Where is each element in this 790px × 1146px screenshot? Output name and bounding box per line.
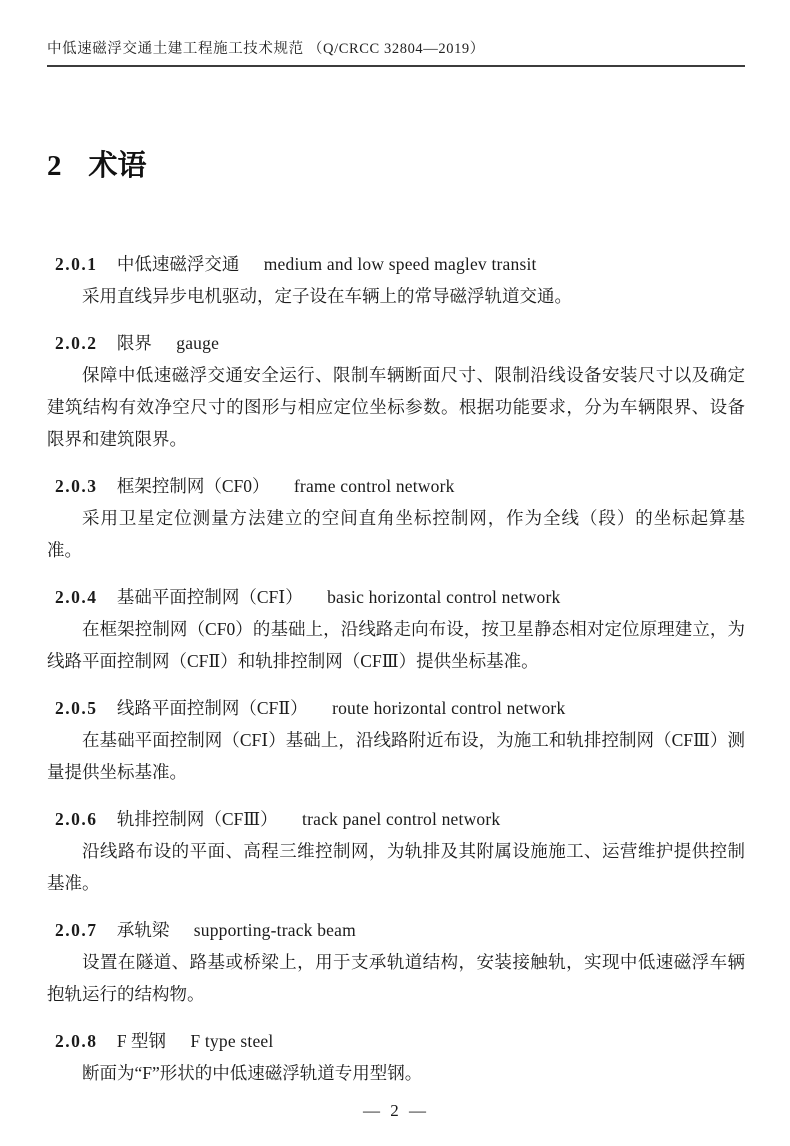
term-en-label: frame control network bbox=[294, 476, 455, 496]
term-en-label: basic horizontal control network bbox=[327, 587, 560, 607]
term-definition: 沿线路布设的平面、高程三维控制网，为轨排及其附属设施施工、运营维护提供控制基准。 bbox=[47, 835, 745, 899]
term-en-label: gauge bbox=[176, 333, 219, 353]
term-zh-label: F 型钢 bbox=[117, 1031, 166, 1051]
terms-list: 2.0.1 中低速磁浮交通 medium and low speed magle… bbox=[47, 248, 745, 1089]
chapter-heading: 2术语 bbox=[47, 143, 745, 184]
term-heading: 2.0.8 F 型钢 F type steel bbox=[47, 1025, 745, 1057]
term-number: 2.0.2 bbox=[55, 333, 98, 353]
term-number: 2.0.5 bbox=[55, 698, 98, 718]
chapter-number: 2 bbox=[47, 150, 62, 182]
header-rule bbox=[47, 65, 745, 67]
page-number: — 2 — bbox=[47, 1101, 745, 1121]
term-heading: 2.0.5 线路平面控制网（CFⅡ） route horizontal cont… bbox=[47, 692, 745, 724]
term-en-label: F type steel bbox=[190, 1031, 273, 1051]
term-number: 2.0.8 bbox=[55, 1031, 98, 1051]
term-zh-label: 框架控制网（CF0） bbox=[117, 476, 270, 496]
term-item: 2.0.2 限界 gauge 保障中低速磁浮交通安全运行、限制车辆断面尺寸、限制… bbox=[47, 327, 745, 455]
term-definition: 在框架控制网（CF0）的基础上，沿线路走向布设，按卫星静态相对定位原理建立，为线… bbox=[47, 613, 745, 677]
page-header: 中低速磁浮交通土建工程施工技术规范 （Q/CRCC 32804—2019） bbox=[47, 0, 745, 67]
term-number: 2.0.4 bbox=[55, 587, 98, 607]
term-definition: 保障中低速磁浮交通安全运行、限制车辆断面尺寸、限制沿线设备安装尺寸以及确定建筑结… bbox=[47, 359, 745, 455]
term-zh-label: 线路平面控制网（CFⅡ） bbox=[117, 698, 308, 718]
term-zh-label: 中低速磁浮交通 bbox=[117, 254, 240, 274]
term-number: 2.0.7 bbox=[55, 920, 98, 940]
term-en-label: route horizontal control network bbox=[332, 698, 565, 718]
term-en-label: medium and low speed maglev transit bbox=[264, 254, 537, 274]
term-definition: 设置在隧道、路基或桥梁上，用于支承轨道结构，安装接触轨，实现中低速磁浮车辆抱轨运… bbox=[47, 946, 745, 1010]
term-item: 2.0.5 线路平面控制网（CFⅡ） route horizontal cont… bbox=[47, 692, 745, 788]
term-heading: 2.0.4 基础平面控制网（CFⅠ） basic horizontal cont… bbox=[47, 581, 745, 613]
term-en-label: supporting-track beam bbox=[194, 920, 356, 940]
term-item: 2.0.1 中低速磁浮交通 medium and low speed magle… bbox=[47, 248, 745, 312]
term-zh-label: 轨排控制网（CFⅢ） bbox=[117, 809, 278, 829]
term-number: 2.0.6 bbox=[55, 809, 98, 829]
document-page: 中低速磁浮交通土建工程施工技术规范 （Q/CRCC 32804—2019） 2术… bbox=[0, 0, 790, 1146]
running-header-title: 中低速磁浮交通土建工程施工技术规范 （Q/CRCC 32804—2019） bbox=[47, 37, 745, 58]
term-definition: 采用直线异步电机驱动，定子设在车辆上的常导磁浮轨道交通。 bbox=[47, 280, 745, 312]
term-definition: 采用卫星定位测量方法建立的空间直角坐标控制网，作为全线（段）的坐标起算基准。 bbox=[47, 502, 745, 566]
term-definition: 断面为“F”形状的中低速磁浮轨道专用型钢。 bbox=[47, 1057, 745, 1089]
chapter-title: 术语 bbox=[89, 150, 147, 182]
term-en-label: track panel control network bbox=[302, 809, 500, 829]
term-item: 2.0.7 承轨梁 supporting-track beam 设置在隧道、路基… bbox=[47, 914, 745, 1010]
term-heading: 2.0.1 中低速磁浮交通 medium and low speed magle… bbox=[47, 248, 745, 280]
term-item: 2.0.3 框架控制网（CF0） frame control network 采… bbox=[47, 470, 745, 566]
term-zh-label: 限界 bbox=[117, 333, 152, 353]
term-number: 2.0.1 bbox=[55, 254, 98, 274]
term-definition: 在基础平面控制网（CFⅠ）基础上，沿线路附近布设，为施工和轨排控制网（CFⅢ）测… bbox=[47, 724, 745, 788]
term-item: 2.0.6 轨排控制网（CFⅢ） track panel control net… bbox=[47, 803, 745, 899]
term-heading: 2.0.2 限界 gauge bbox=[47, 327, 745, 359]
term-heading: 2.0.3 框架控制网（CF0） frame control network bbox=[47, 470, 745, 502]
term-heading: 2.0.6 轨排控制网（CFⅢ） track panel control net… bbox=[47, 803, 745, 835]
term-zh-label: 基础平面控制网（CFⅠ） bbox=[117, 587, 303, 607]
term-number: 2.0.3 bbox=[55, 476, 98, 496]
term-heading: 2.0.7 承轨梁 supporting-track beam bbox=[47, 914, 745, 946]
term-zh-label: 承轨梁 bbox=[117, 920, 170, 940]
term-item: 2.0.8 F 型钢 F type steel 断面为“F”形状的中低速磁浮轨道… bbox=[47, 1025, 745, 1089]
term-item: 2.0.4 基础平面控制网（CFⅠ） basic horizontal cont… bbox=[47, 581, 745, 677]
